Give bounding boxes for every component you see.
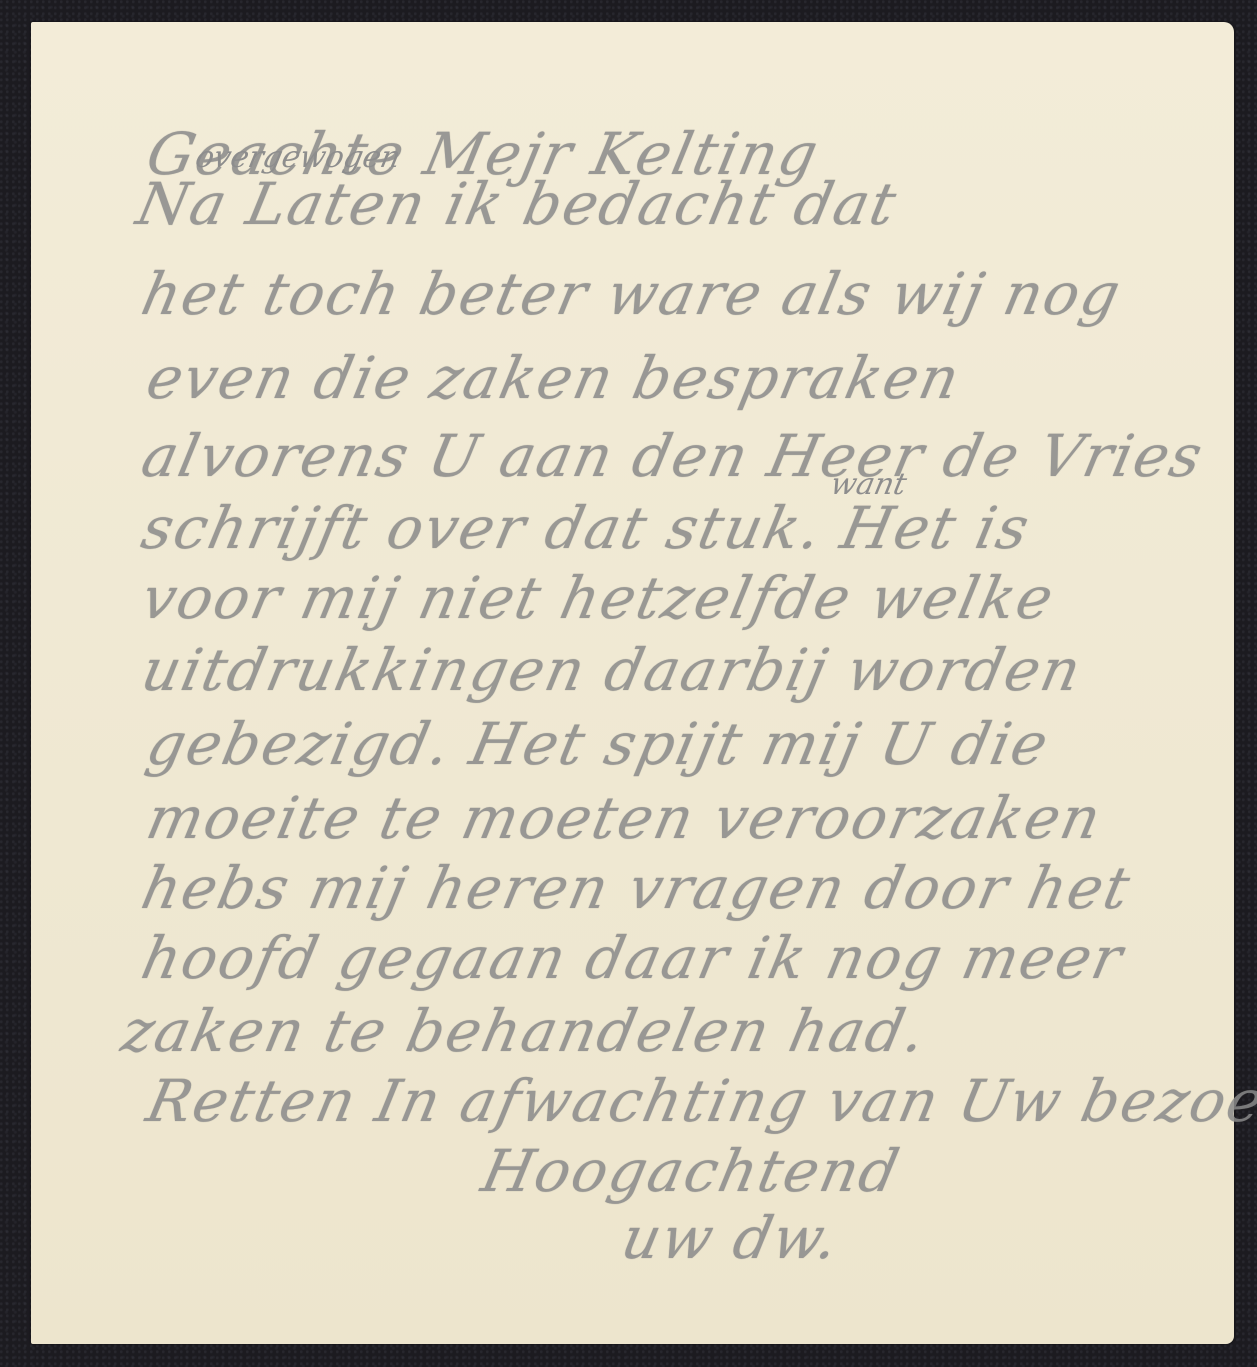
letter-line: zaken te behandelen had.: [116, 997, 933, 1065]
valediction: Hoogachtend: [476, 1137, 907, 1205]
letter-line: het toch beter ware als wij nog: [136, 260, 1128, 328]
letter-line: schrijft over dat stuk. Het is: [136, 494, 1037, 562]
closing-line: Retten In afwachting van Uw bezoek: [141, 1067, 1257, 1135]
letter-line: even die zaken bespraken: [141, 344, 967, 412]
letter-line: hoofd gegaan daar ik nog meer: [136, 924, 1130, 992]
letter-line: Na Laten ik bedacht dat: [131, 170, 904, 238]
letter-line: moeite te moeten veroorzaken: [141, 784, 1108, 852]
letter-paper: Geachte Mejr Kelting overgewogen Na Late…: [31, 22, 1234, 1344]
signature: uw dw.: [616, 1204, 846, 1272]
letter-line-text: Na Laten ik bedacht dat: [131, 170, 904, 238]
letter-line: voor mij niet hetzelfde welke: [136, 564, 1061, 632]
letter-line: hebs mij heren vragen door het: [136, 854, 1137, 922]
letter-line: uitdrukkingen daarbij worden: [136, 636, 1089, 704]
letter-line: alvorens U aan den Heer de Vries: [136, 422, 1210, 490]
letter-line: gebezigd. Het spijt mij U die: [141, 710, 1056, 778]
